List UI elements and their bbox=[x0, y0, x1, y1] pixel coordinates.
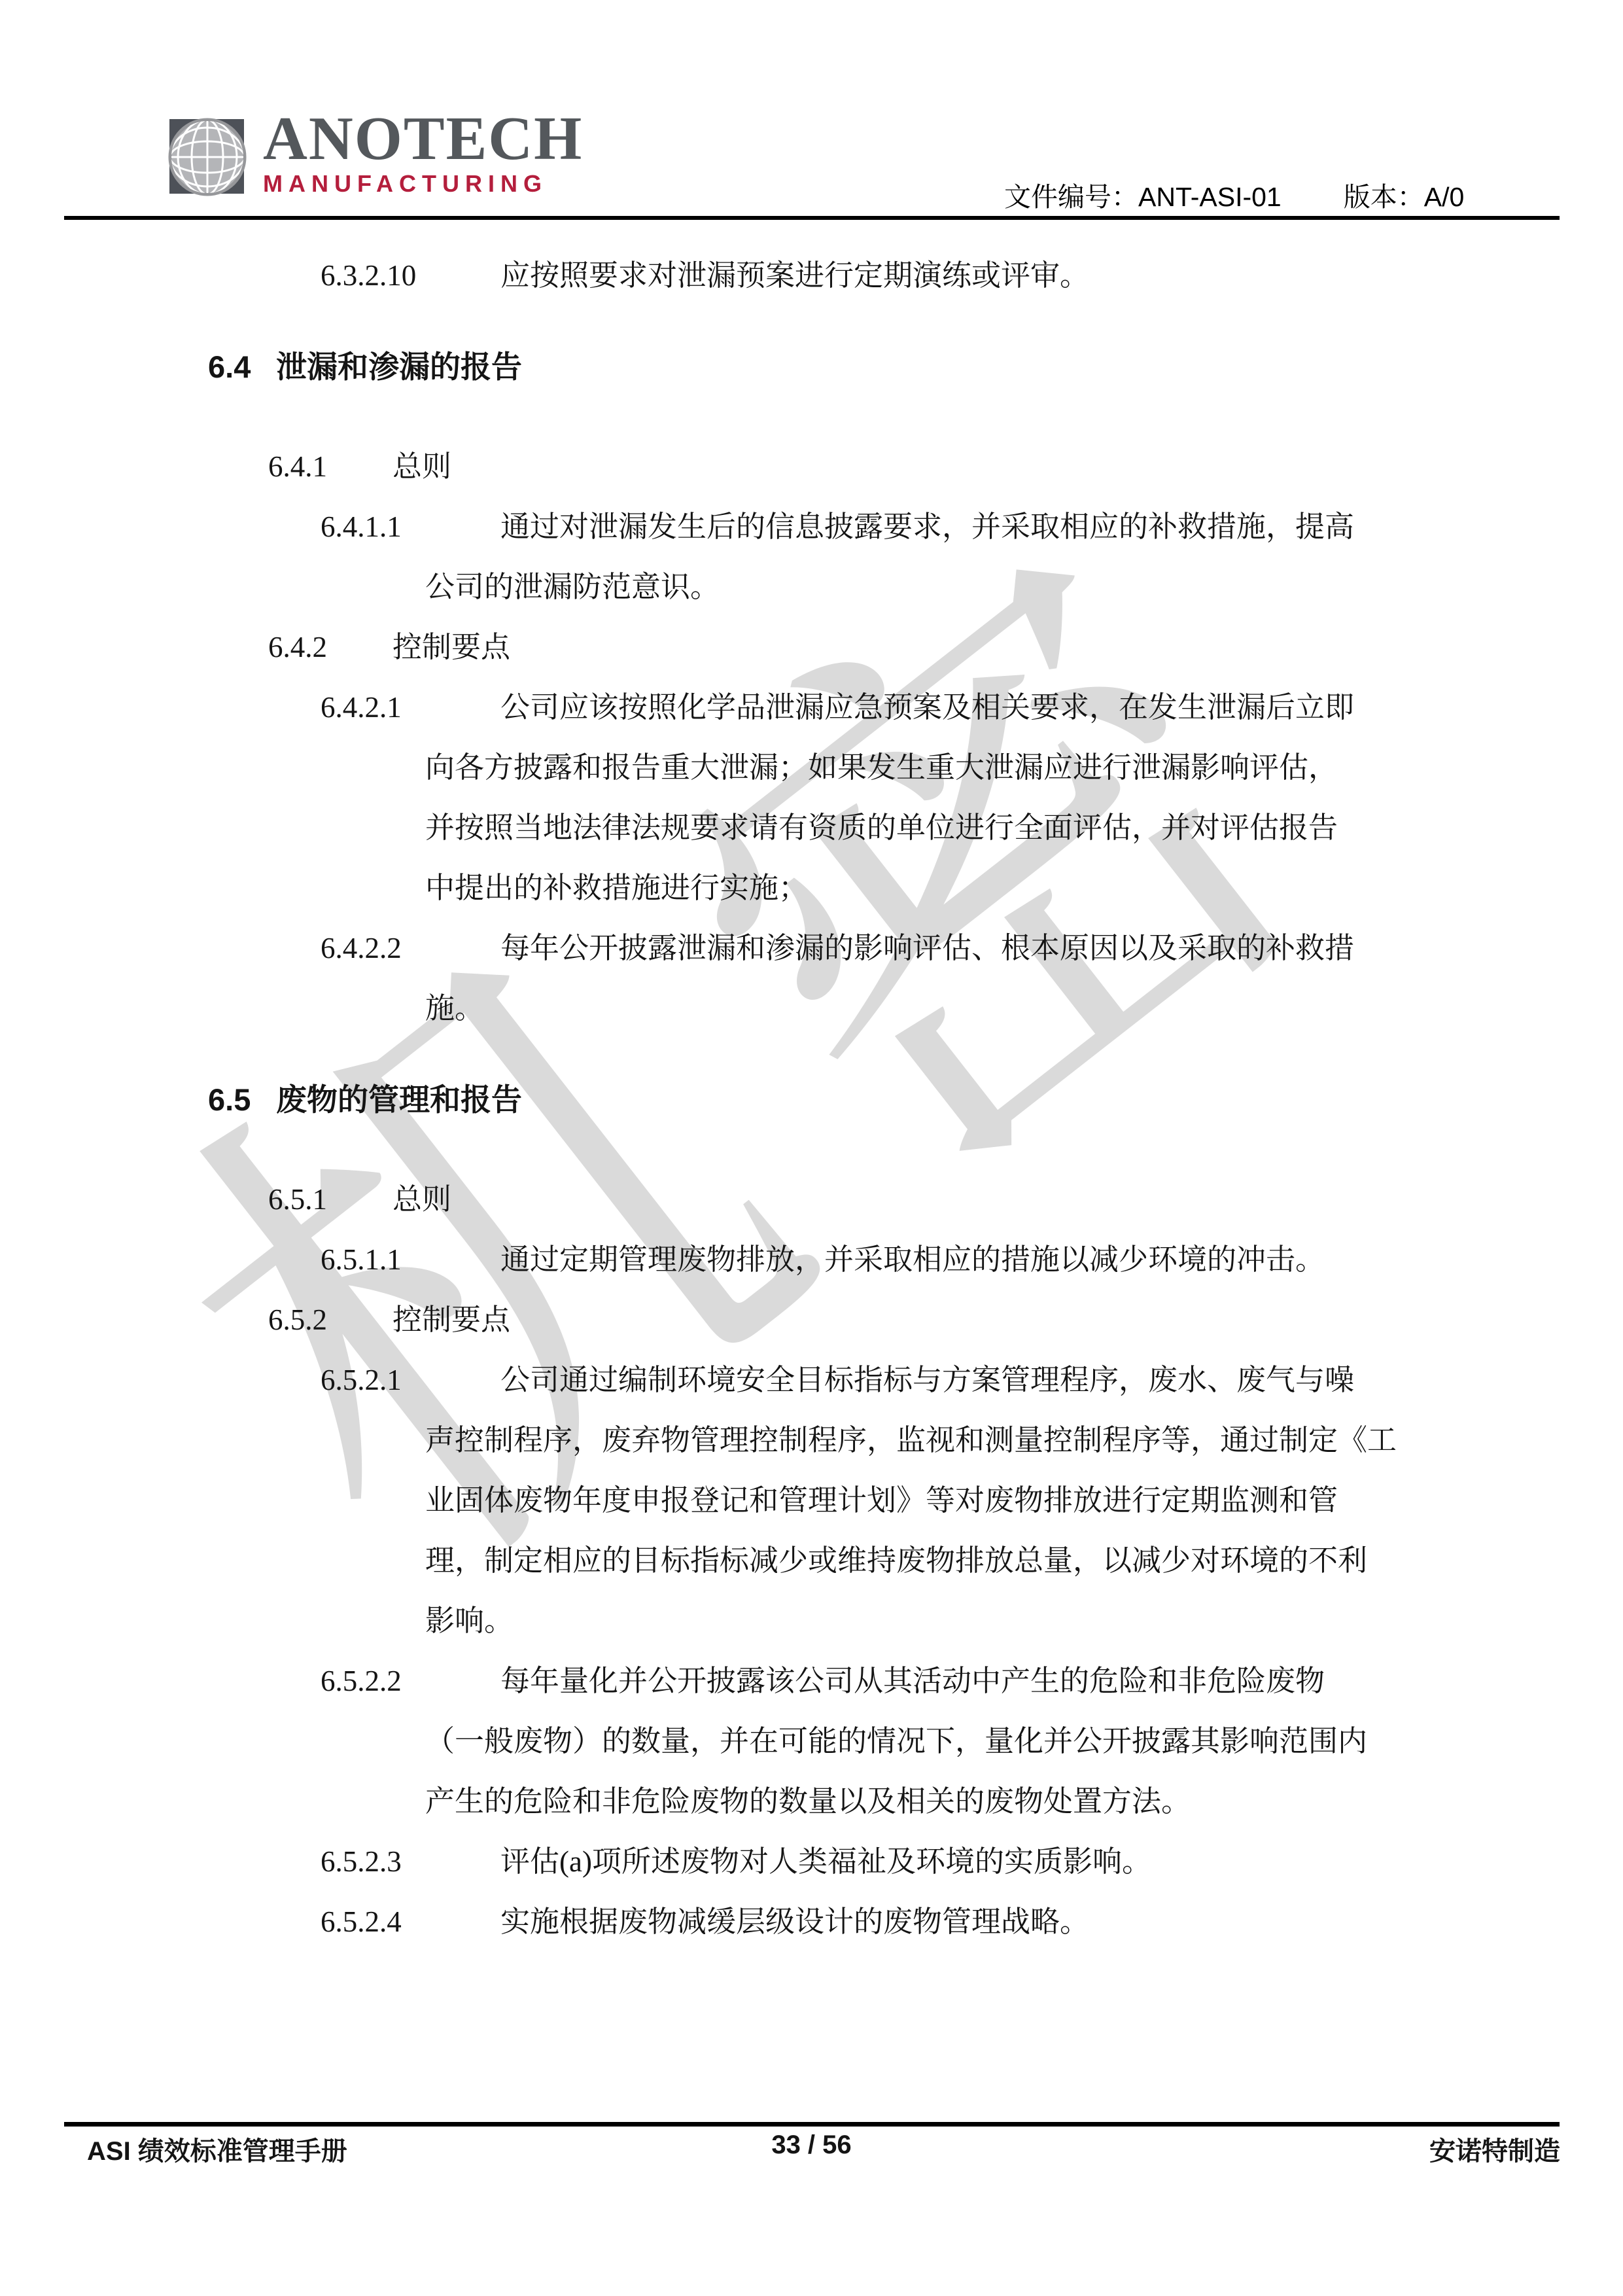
document-body: 6.3.2.10应按照要求对泄漏预案进行定期演练或评审。 6.4泄漏和渗漏的报告… bbox=[0, 245, 1623, 1952]
doc-number-label: 文件编号： bbox=[1004, 182, 1138, 212]
clause-number: 6.5.2.1 bbox=[321, 1350, 500, 1410]
section-number: 6.4 bbox=[208, 336, 276, 398]
clause-number: 6.5.1 bbox=[268, 1169, 393, 1229]
clause-text: 公司通过编制环境安全目标指标与方案管理程序，废水、废气与噪 bbox=[500, 1364, 1354, 1396]
doc-line-continuation: （一般废物）的数量，并在可能的情况下，量化并公开披露其影响范围内 bbox=[0, 1711, 1623, 1771]
doc-line: 6.4.1.1通过对泄漏发生后的信息披露要求，并采取相应的补救措施，提高 bbox=[0, 497, 1623, 557]
clause-text: 控制要点 bbox=[393, 1303, 510, 1336]
clause-number: 6.4.2 bbox=[268, 617, 393, 677]
clause-text: 总则 bbox=[393, 1183, 451, 1216]
clause-text: 总则 bbox=[393, 450, 451, 483]
clause-text: 应按照要求对泄漏预案进行定期演练或评审。 bbox=[500, 259, 1089, 292]
doc-line-continuation: 施。 bbox=[0, 978, 1623, 1038]
doc-line: 6.5.1总则 bbox=[0, 1169, 1623, 1229]
clause-number: 6.3.2.10 bbox=[321, 245, 500, 306]
clause-text: 影响。 bbox=[425, 1604, 514, 1637]
doc-line: 6.4.2.1公司应该按照化学品泄漏应急预案及相关要求，在发生泄漏后立即 bbox=[0, 677, 1623, 737]
clause-number: 6.4.2.2 bbox=[321, 918, 500, 978]
version-label: 版本： bbox=[1344, 182, 1424, 212]
doc-line-continuation: 中提出的补救措施进行实施； bbox=[0, 858, 1623, 918]
doc-line-continuation: 向各方披露和报告重大泄漏；如果发生重大泄漏应进行泄漏影响评估， bbox=[0, 737, 1623, 798]
clause-text: 并按照当地法律法规要求请有资质的单位进行全面评估，并对评估报告 bbox=[425, 811, 1338, 844]
section-title: 泄漏和渗漏的报告 bbox=[276, 349, 522, 384]
doc-line-continuation: 并按照当地法律法规要求请有资质的单位进行全面评估，并对评估报告 bbox=[0, 798, 1623, 858]
company-logo: ANOTECH MANUFACTURING bbox=[263, 110, 583, 198]
doc-line: 6.4.2控制要点 bbox=[0, 617, 1623, 677]
clause-text: 通过对泄漏发生后的信息披露要求，并采取相应的补救措施，提高 bbox=[500, 510, 1354, 543]
brand-name: ANOTECH bbox=[263, 110, 583, 168]
clause-number: 6.4.2.1 bbox=[321, 677, 500, 737]
clause-text: 向各方披露和报告重大泄漏；如果发生重大泄漏应进行泄漏影响评估， bbox=[425, 751, 1338, 784]
document-page: 机密 ANOTECH MANUFACTURING 文件编号：ANT-ASI-01… bbox=[0, 0, 1623, 2296]
section-heading: 6.4泄漏和渗漏的报告 bbox=[0, 336, 1623, 398]
doc-line: 6.5.2.1公司通过编制环境安全目标指标与方案管理程序，废水、废气与噪 bbox=[0, 1350, 1623, 1410]
section-number: 6.5 bbox=[208, 1069, 276, 1131]
clause-number: 6.4.1 bbox=[268, 436, 393, 497]
clause-text: 实施根据废物减缓层级设计的废物管理战略。 bbox=[500, 1905, 1089, 1938]
doc-line: 6.5.2.3评估(a)项所述废物对人类福祉及环境的实质影响。 bbox=[0, 1831, 1623, 1892]
doc-line: 6.5.1.1通过定期管理废物排放，并采取相应的措施以减少环境的冲击。 bbox=[0, 1229, 1623, 1290]
clause-number: 6.5.2.2 bbox=[321, 1651, 500, 1711]
document-info: 文件编号：ANT-ASI-01版本：A/0 bbox=[1004, 175, 1464, 214]
section-heading: 6.5废物的管理和报告 bbox=[0, 1069, 1623, 1131]
doc-line-continuation: 声控制程序，废弃物管理控制程序，监视和测量控制程序等，通过制定《工 bbox=[0, 1410, 1623, 1470]
doc-line: 6.5.2.2每年量化并公开披露该公司从其活动中产生的危险和非危险废物 bbox=[0, 1651, 1623, 1711]
doc-line: 6.4.2.2每年公开披露泄漏和渗漏的影响评估、根本原因以及采取的补救措 bbox=[0, 918, 1623, 978]
doc-line: 6.5.2控制要点 bbox=[0, 1290, 1623, 1350]
clause-text: 控制要点 bbox=[393, 631, 510, 663]
version-value: A/0 bbox=[1424, 182, 1465, 212]
clause-text: 中提出的补救措施进行实施； bbox=[425, 872, 808, 904]
doc-line: 6.5.2.4实施根据废物减缓层级设计的废物管理战略。 bbox=[0, 1892, 1623, 1952]
clause-number: 6.5.1.1 bbox=[321, 1229, 500, 1290]
clause-number: 6.5.2.3 bbox=[321, 1831, 500, 1892]
footer-company-name: 安诺特制造 bbox=[1429, 2130, 1560, 2168]
clause-text: 声控制程序，废弃物管理控制程序，监视和测量控制程序等，通过制定《工 bbox=[425, 1424, 1397, 1457]
doc-line: 6.3.2.10应按照要求对泄漏预案进行定期演练或评审。 bbox=[0, 245, 1623, 306]
footer-rule bbox=[64, 2122, 1560, 2127]
clause-number: 6.4.1.1 bbox=[321, 497, 500, 557]
doc-number: ANT-ASI-01 bbox=[1138, 182, 1282, 212]
clause-text: 公司的泄漏防范意识。 bbox=[425, 571, 720, 603]
doc-line-continuation: 产生的危险和非危险废物的数量以及相关的废物处置方法。 bbox=[0, 1771, 1623, 1831]
footer-page-number: 33 / 56 bbox=[0, 2130, 1623, 2160]
clause-text: 每年量化并公开披露该公司从其活动中产生的危险和非危险废物 bbox=[500, 1665, 1325, 1697]
clause-text: 评估(a)项所述废物对人类福祉及环境的实质影响。 bbox=[500, 1845, 1151, 1878]
clause-text: 业固体废物年度申报登记和管理计划》等对废物排放进行定期监测和管 bbox=[425, 1484, 1338, 1517]
doc-line-continuation: 业固体废物年度申报登记和管理计划》等对废物排放进行定期监测和管 bbox=[0, 1470, 1623, 1530]
clause-number: 6.5.2 bbox=[268, 1290, 393, 1350]
clause-text: （一般废物）的数量，并在可能的情况下，量化并公开披露其影响范围内 bbox=[425, 1725, 1367, 1757]
clause-text: 理，制定相应的目标指标减少或维持废物排放总量，以减少对环境的不利 bbox=[425, 1544, 1367, 1577]
header-rule bbox=[64, 216, 1560, 220]
clause-number: 6.5.2.4 bbox=[321, 1892, 500, 1952]
clause-text: 公司应该按照化学品泄漏应急预案及相关要求，在发生泄漏后立即 bbox=[500, 691, 1354, 724]
clause-text: 产生的危险和非危险废物的数量以及相关的废物处置方法。 bbox=[425, 1785, 1191, 1818]
doc-line-continuation: 理，制定相应的目标指标减少或维持废物排放总量，以减少对环境的不利 bbox=[0, 1530, 1623, 1591]
doc-line-continuation: 影响。 bbox=[0, 1591, 1623, 1651]
clause-text: 施。 bbox=[425, 992, 484, 1025]
globe-logo-icon bbox=[166, 115, 249, 202]
section-title: 废物的管理和报告 bbox=[276, 1082, 522, 1117]
doc-line-continuation: 公司的泄漏防范意识。 bbox=[0, 557, 1623, 617]
brand-subtitle: MANUFACTURING bbox=[263, 170, 583, 198]
clause-text: 通过定期管理废物排放，并采取相应的措施以减少环境的冲击。 bbox=[500, 1243, 1325, 1276]
doc-line: 6.4.1总则 bbox=[0, 436, 1623, 497]
clause-text: 每年公开披露泄漏和渗漏的影响评估、根本原因以及采取的补救措 bbox=[500, 932, 1354, 964]
